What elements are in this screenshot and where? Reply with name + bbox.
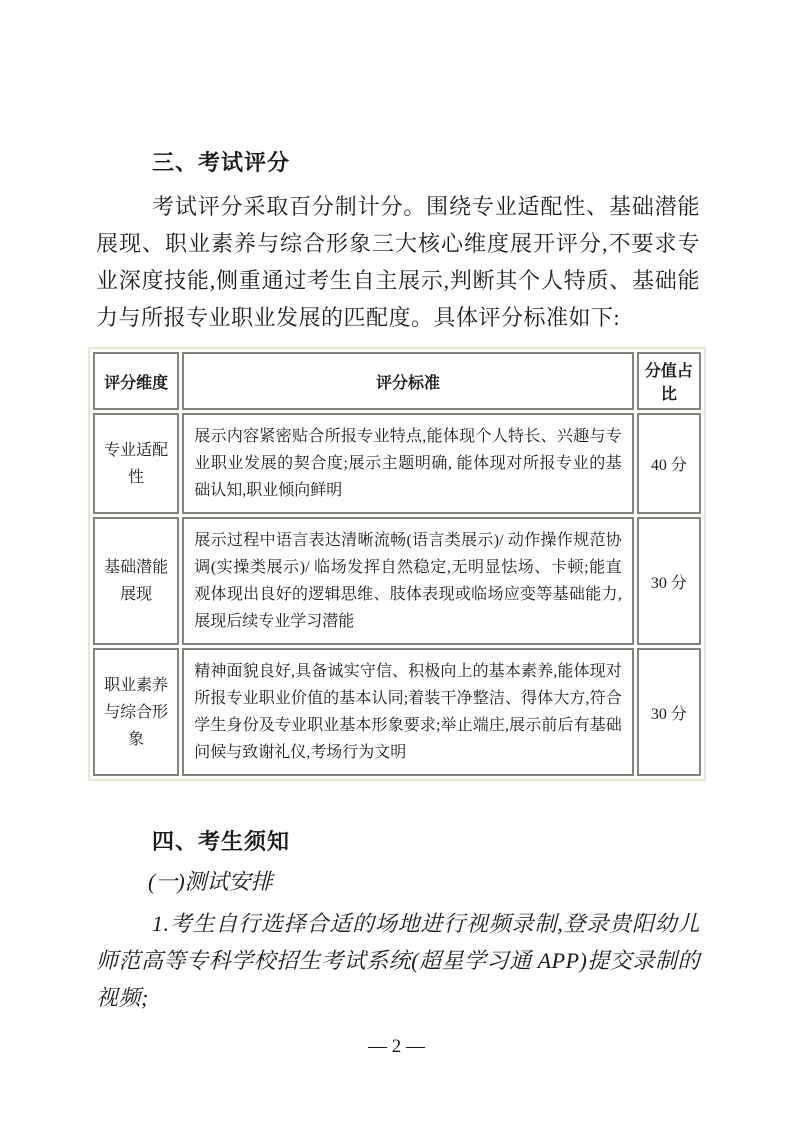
criteria-cell: 展示内容紧密贴合所报专业特点,能体现个人特长、兴趣与专业职业发展的契合度;展示主… — [182, 413, 634, 514]
page-number: — 2 — — [0, 1036, 793, 1058]
scoring-table-header: 评分维度 评分标准 分值占比 — [93, 352, 701, 410]
score-cell: 30 分 — [637, 648, 701, 776]
table-row: 职业素养与综合形象 精神面貌良好,具备诚实守信、积极向上的基本素养,能体现对所报… — [93, 648, 701, 776]
criteria-cell: 展示过程中语言表达清晰流畅(语言类展示)/ 动作操作规范协调(实操类展示)/ 临… — [182, 517, 634, 645]
dimension-cell: 专业适配性 — [93, 413, 179, 514]
col-header-dimension: 评分维度 — [93, 352, 179, 410]
dimension-cell: 基础潜能展现 — [93, 517, 179, 645]
section3-paragraph: 考试评分采取百分制计分。围绕专业适配性、基础潜能展现、职业素养与综合形象三大核心… — [96, 188, 700, 336]
scoring-table-body: 专业适配性 展示内容紧密贴合所报专业特点,能体现个人特长、兴趣与专业职业发展的契… — [93, 413, 701, 776]
dimension-cell: 职业素养与综合形象 — [93, 648, 179, 776]
score-cell: 40 分 — [637, 413, 701, 514]
criteria-cell: 精神面貌良好,具备诚实守信、积极向上的基本素养,能体现对所报专业职业价值的基本认… — [182, 648, 634, 776]
document-content: 三、考试评分 考试评分采取百分制计分。围绕专业适配性、基础潜能展现、职业素养与综… — [0, 0, 793, 1016]
scoring-table: 评分维度 评分标准 分值占比 专业适配性 展示内容紧密贴合所报专业特点,能体现个… — [88, 347, 706, 781]
section3-heading: 三、考试评分 — [88, 148, 706, 178]
section4-heading: 四、考生须知 — [88, 827, 706, 857]
col-header-criteria: 评分标准 — [182, 352, 634, 410]
section4-item1: 1.考生自行选择合适的场地进行视频录制,登录贵阳幼儿师范高等专科学校招生考试系统… — [96, 905, 700, 1016]
table-row: 基础潜能展现 展示过程中语言表达清晰流畅(语言类展示)/ 动作操作规范协调(实操… — [93, 517, 701, 645]
section4-subheading: (一)测试安排 — [96, 867, 706, 897]
document-page: 三、考试评分 考试评分采取百分制计分。围绕专业适配性、基础潜能展现、职业素养与综… — [0, 0, 793, 1122]
header-row: 评分维度 评分标准 分值占比 — [93, 352, 701, 410]
col-header-score: 分值占比 — [637, 352, 701, 410]
table-row: 专业适配性 展示内容紧密贴合所报专业特点,能体现个人特长、兴趣与专业职业发展的契… — [93, 413, 701, 514]
score-cell: 30 分 — [637, 517, 701, 645]
